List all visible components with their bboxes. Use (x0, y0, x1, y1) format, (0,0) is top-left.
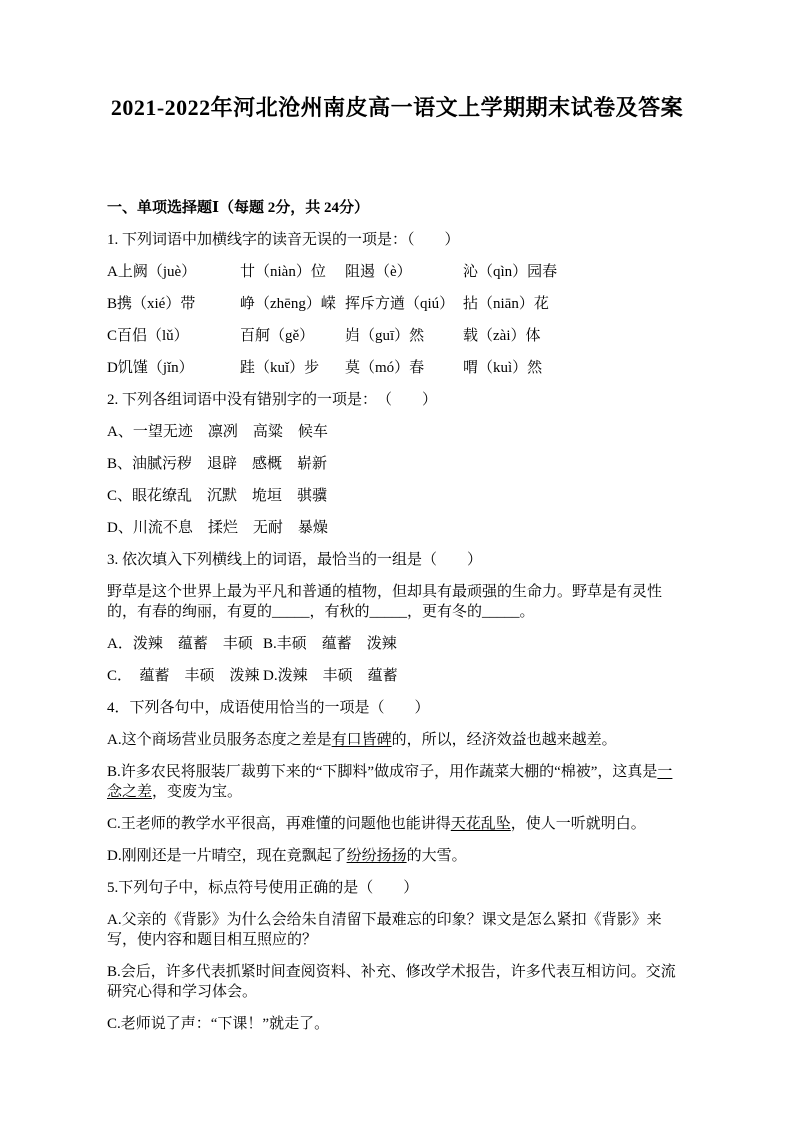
q4-option-a-underlined-idiom: 有口皆碑 (332, 732, 392, 748)
q4-option-b: B.许多农民将服装厂裁剪下来的“下脚料”做成帘子，用作蔬菜大棚的“棉被”，这真是… (107, 762, 687, 802)
section-heading: 一、单项选择题Ⅰ（每题 2分，共 24分） (107, 198, 687, 218)
q1-option-b-cell-2: 峥（zhēng）嵘 (240, 294, 345, 314)
q3-option-d: D.泼辣 丰硕 蕴蓄 (263, 666, 687, 686)
q4-option-d: D.刚刚还是一片晴空，现在竟飘起了纷纷扬扬的大雪。 (107, 846, 687, 866)
q1-option-d-cell-1: D饥馑（jǐn） (107, 358, 240, 378)
q1-option-a-cell-2: 廿（niàn）位 (240, 262, 345, 282)
q5-option-b: B.会后，许多代表抓紧时间查阅资料、补充、修改学术报告，许多代表互相访问。交流研… (107, 962, 687, 1002)
q4-option-b-tail: ，变废为宝。 (152, 784, 242, 800)
q3-stem: 3. 依次填入下列横线上的词语，最恰当的一组是（ ） (107, 550, 687, 570)
q1-option-c: C百侣（lǔ） 百舸（gě） 岿（guī）然 载（zài）体 (107, 326, 687, 346)
q1-option-d-cell-4: 喟（kuì）然 (463, 358, 687, 378)
q1-option-c-cell-4: 载（zài）体 (463, 326, 687, 346)
q2-stem: 2. 下列各组词语中没有错别字的一项是： （ ） (107, 390, 687, 410)
q1-option-a-cell-3: 阻遏（è） (345, 262, 463, 282)
q1-option-c-cell-1: C百侣（lǔ） (107, 326, 240, 346)
q3-option-a: A．泼辣 蕴蓄 丰硕 (107, 634, 263, 654)
q1-option-b-cell-3: 挥斥方遒（qiú） (345, 294, 463, 314)
q4-option-b-text: B.许多农民将服装厂裁剪下来的“下脚料”做成帘子，用作蔬菜大棚的“棉被”，这真是 (107, 764, 657, 780)
q1-option-b-cell-4: 拈（niān）花 (463, 294, 687, 314)
q4-option-a-tail: 的，所以，经济效益也越来越差。 (392, 732, 617, 748)
q1-option-a-cell-1: A上阙（juè） (107, 262, 240, 282)
q4-option-c-tail: ，使人一听就明白。 (511, 816, 646, 832)
q4-option-a-text: A.这个商场营业员服务态度之差是 (107, 732, 332, 748)
q3-options-row-1: A．泼辣 蕴蓄 丰硕 B.丰硕 蕴蓄 泼辣 (107, 634, 687, 654)
q1-option-d: D饥馑（jǐn） 跬（kuǐ）步 莫（mó）春 喟（kuì）然 (107, 358, 687, 378)
q1-option-a: A上阙（juè） 廿（niàn）位 阻遏（è） 沁（qìn）园春 (107, 262, 687, 282)
exam-document-page: 2021-2022年河北沧州南皮高一语文上学期期末试卷及答案 一、单项选择题Ⅰ（… (0, 0, 794, 1123)
q2-option-a: A、一望无迹 凛冽 高粱 候车 (107, 422, 687, 442)
q4-stem: 4．下列各句中，成语使用恰当的一项是（ ） (107, 698, 687, 718)
q4-option-c-text: C.王老师的教学水平很高，再难懂的问题他也能讲得 (107, 816, 451, 832)
exam-content: 一、单项选择题Ⅰ（每题 2分，共 24分） 1. 下列词语中加横线字的读音无误的… (107, 198, 687, 1034)
q4-option-a: A.这个商场营业员服务态度之差是有口皆碑的，所以，经济效益也越来越差。 (107, 730, 687, 750)
q1-option-a-cell-4: 沁（qìn）园春 (463, 262, 687, 282)
q3-option-b: B.丰硕 蕴蓄 泼辣 (263, 634, 687, 654)
q1-option-c-cell-3: 岿（guī）然 (345, 326, 463, 346)
q1-option-b: B携（xié）带 峥（zhēng）嵘 挥斥方遒（qiú） 拈（niān）花 (107, 294, 687, 314)
q1-option-b-cell-1: B携（xié）带 (107, 294, 240, 314)
q5-option-c: C.老师说了声：“下课！”就走了。 (107, 1014, 687, 1034)
q4-option-c-underlined-idiom: 天花乱坠 (451, 816, 511, 832)
q3-option-c: C． 蕴蓄 丰硕 泼辣 (107, 666, 263, 686)
q1-option-c-cell-2: 百舸（gě） (240, 326, 345, 346)
q2-option-d: D、川流不息 揉烂 无耐 暴燥 (107, 518, 687, 538)
q2-option-b: B、油腻污秽 退辟 感概 崭新 (107, 454, 687, 474)
q4-option-d-tail: 的大雪。 (407, 848, 467, 864)
page-title: 2021-2022年河北沧州南皮高一语文上学期期末试卷及答案 (0, 0, 794, 122)
q4-option-c: C.王老师的教学水平很高，再难懂的问题他也能讲得天花乱坠，使人一听就明白。 (107, 814, 687, 834)
q2-option-c: C、眼花缭乱 沉默 垝垣 骐骥 (107, 486, 687, 506)
q3-options-row-2: C． 蕴蓄 丰硕 泼辣 D.泼辣 丰硕 蕴蓄 (107, 666, 687, 686)
q5-stem: 5.下列句子中，标点符号使用正确的是（ ） (107, 878, 687, 898)
q1-option-d-cell-3: 莫（mó）春 (345, 358, 463, 378)
q3-passage: 野草是这个世界上最为平凡和普通的植物，但却具有最顽强的生命力。野草是有灵性的，有… (107, 582, 687, 622)
q1-stem: 1. 下列词语中加横线字的读音无误的一项是：（ ） (107, 230, 687, 250)
q4-option-d-underlined-idiom: 纷纷扬扬 (347, 848, 407, 864)
q5-option-a: A.父亲的《背影》为什么会给朱自清留下最难忘的印象？课文是怎么紧扣《背影》来写，… (107, 910, 687, 950)
q4-option-d-text: D.刚刚还是一片晴空，现在竟飘起了 (107, 848, 347, 864)
q1-option-d-cell-2: 跬（kuǐ）步 (240, 358, 345, 378)
